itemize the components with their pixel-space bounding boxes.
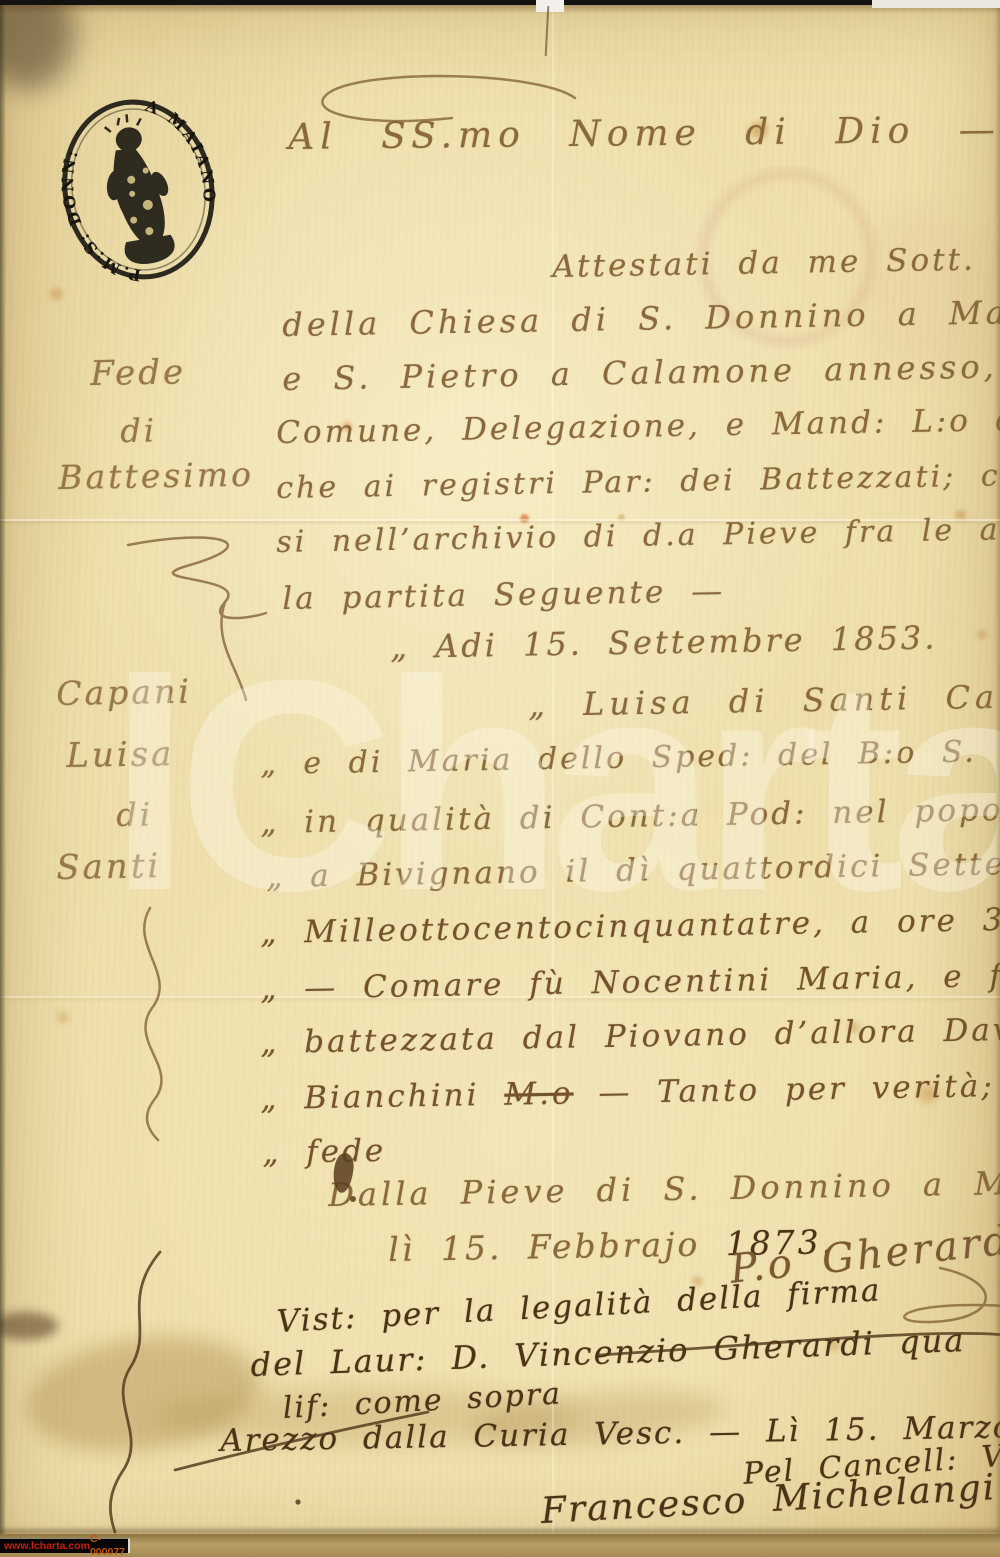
- ink-flourish: [904, 1268, 1000, 1322]
- ink-flourish: [600, 1333, 1000, 1355]
- ink-flourishes: [0, 0, 1000, 1557]
- paper-edge-top-right: [872, 0, 1000, 8]
- footer-bar: www.lcharta.com C-000077: [0, 1538, 130, 1553]
- ink-dot: [295, 1499, 300, 1504]
- paper-edge-top-black: [0, 0, 872, 5]
- ink-flourish: [322, 76, 575, 121]
- scan-background-bottom: [0, 1534, 1000, 1557]
- ink-blob: [334, 1153, 354, 1193]
- ink-flourish: [110, 1252, 160, 1532]
- paper-edge-right: [995, 0, 1000, 1557]
- ink-dot: [350, 1196, 356, 1202]
- ink-flourish: [144, 908, 161, 1140]
- paper-edge-left: [0, 0, 6, 1557]
- scanned-document: P.M:S: DONN: A MAIANO Al SS.mo Nome di D…: [0, 0, 1000, 1557]
- ink-flourish: [175, 1412, 428, 1470]
- site-url: www.lcharta.com: [4, 1540, 90, 1553]
- paper-tear: [536, 0, 564, 12]
- item-code: C-000077: [90, 1533, 125, 1557]
- ink-flourish: [128, 537, 266, 618]
